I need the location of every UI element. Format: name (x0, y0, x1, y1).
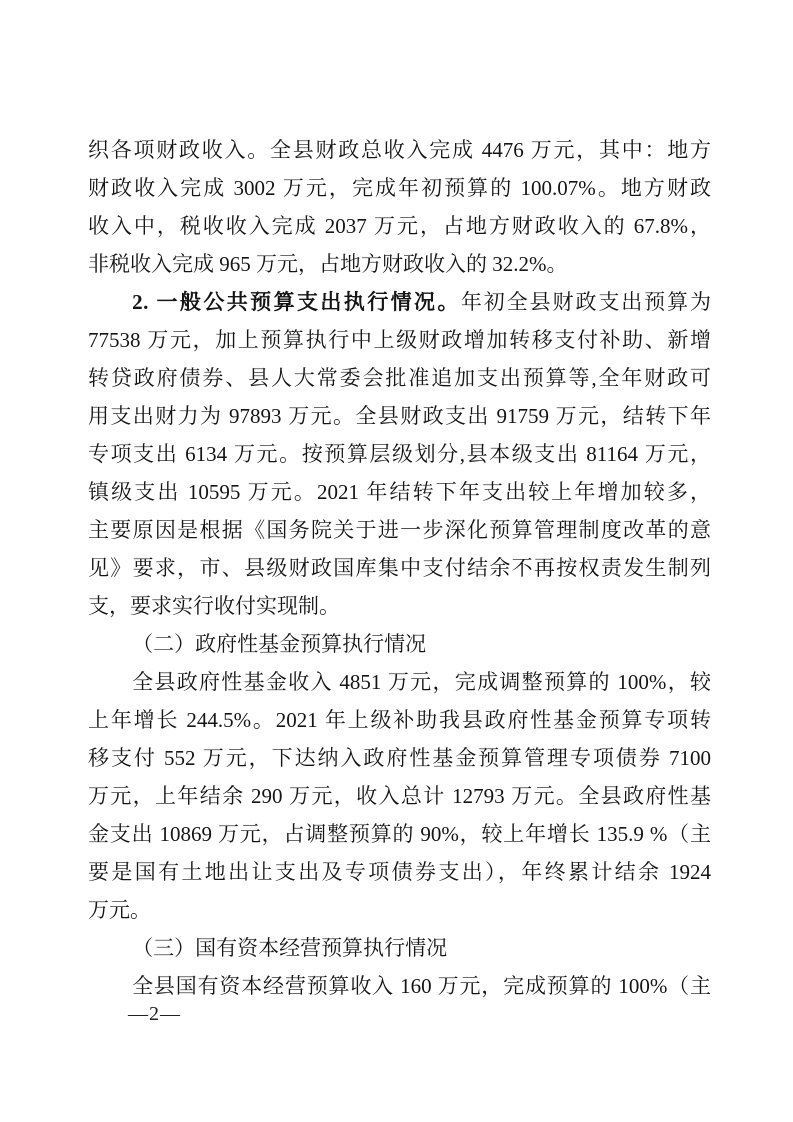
text-line: 上年增长 244.5%。2021 年上级补助我县政府性基金预算专项转 (88, 701, 711, 739)
text-line: 万元，上年结余 290 万元，收入总计 12793 万元。全县政府性基 (88, 777, 711, 815)
text-line: 要是国有土地出让支出及专项债券支出），年终累计结余 1924 (88, 853, 711, 891)
section-heading-government-funds: （二）政府性基金预算执行情况 (88, 625, 711, 663)
text-run: 年初全县财政支出预算为 (461, 290, 711, 314)
text-line: 2. 一般公共预算支出执行情况。年初全县财政支出预算为 (88, 283, 711, 321)
subsection-title: 2. 一般公共预算支出执行情况。 (132, 290, 461, 314)
section-heading-state-capital: （三）国有资本经营预算执行情况 (88, 929, 711, 967)
text-line: 主要原因是根据《国务院关于进一步深化预算管理制度改革的意 (88, 511, 711, 549)
paragraph-state-capital: 全县国有资本经营预算收入 160 万元，完成预算的 100%（主 (88, 967, 711, 1005)
text-line: 移支付 552 万元，下达纳入政府性基金预算管理专项债券 7100 (88, 739, 711, 777)
text-line: 用支出财力为 97893 万元。全县财政支出 91759 万元，结转下年 (88, 397, 711, 435)
paragraph-budget-expenditure: 2. 一般公共预算支出执行情况。年初全县财政支出预算为 77538 万元，加上预… (88, 283, 711, 625)
page-number: —2— (128, 1003, 181, 1026)
text-line: 全县国有资本经营预算收入 160 万元，完成预算的 100%（主 (88, 967, 711, 1005)
text-line: 万元。 (88, 891, 711, 929)
text-line: 镇级支出 10595 万元。2021 年结转下年支出较上年增加较多， (88, 473, 711, 511)
section-heading: （二）政府性基金预算执行情况 (88, 625, 711, 663)
text-line: 全县政府性基金收入 4851 万元，完成调整预算的 100%，较 (88, 663, 711, 701)
text-line: 转贷政府债券、县人大常委会批准追加支出预算等,全年财政可 (88, 359, 711, 397)
document-body: 织各项财政收入。全县财政总收入完成 4476 万元，其中：地方 财政收入完成 3… (88, 131, 711, 1005)
section-heading: （三）国有资本经营预算执行情况 (88, 929, 711, 967)
text-line: 77538 万元，加上预算执行中上级财政增加转移支付补助、新增 (88, 321, 711, 359)
text-line: 非税收入完成 965 万元，占地方财政收入的 32.2%。 (88, 245, 711, 283)
paragraph-fiscal-revenue: 织各项财政收入。全县财政总收入完成 4476 万元，其中：地方 财政收入完成 3… (88, 131, 711, 283)
text-line: 收入中，税收收入完成 2037 万元，占地方财政收入的 67.8%， (88, 207, 711, 245)
text-line: 织各项财政收入。全县财政总收入完成 4476 万元，其中：地方 (88, 131, 711, 169)
text-line: 金支出 10869 万元，占调整预算的 90%，较上年增长 135.9 %（主 (88, 815, 711, 853)
document-page: 织各项财政收入。全县财政总收入完成 4476 万元，其中：地方 财政收入完成 3… (0, 0, 793, 1122)
text-line: 见》要求，市、县级财政国库集中支付结余不再按权责发生制列 (88, 549, 711, 587)
text-line: 专项支出 6134 万元。按预算层级划分,县本级支出 81164 万元， (88, 435, 711, 473)
text-line: 财政收入完成 3002 万元，完成年初预算的 100.07%。地方财政 (88, 169, 711, 207)
paragraph-government-funds: 全县政府性基金收入 4851 万元，完成调整预算的 100%，较 上年增长 24… (88, 663, 711, 929)
text-line: 支，要求实行收付实现制。 (88, 587, 711, 625)
